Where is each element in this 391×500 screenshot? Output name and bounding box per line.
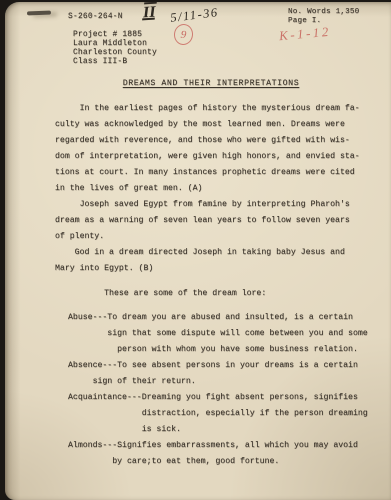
text-line: distraction, especially if the person dr… [68, 406, 367, 422]
text-line: is sick. [68, 422, 367, 438]
project-identification-block: Project # 1885 Laura Middleton Charlesto… [73, 31, 157, 67]
paragraph: In the earliest pages of history the mys… [55, 101, 367, 197]
word-count: No. Words 1,350 [288, 8, 359, 17]
handwritten-date: 5/11-36 [170, 5, 220, 26]
text-line: Abuse---To dream you are abused and insu… [68, 310, 367, 326]
lore-entry-absence: Absence---To see absent persons in your … [68, 358, 367, 390]
lore-container: Abuse---To dream you are abused and insu… [68, 310, 367, 470]
text-line: by care;to eat them, good fortune. [68, 454, 367, 470]
scanned-document-photo: { "page": { "paper_color": "#e3d8c0", "i… [0, 0, 391, 500]
ink-smudge-mark [27, 11, 51, 16]
text-line: sign of their return. [68, 374, 367, 390]
text-line: In the earliest pages of history the mys… [55, 101, 367, 117]
text-line: sign that some dispute will come between… [68, 326, 367, 342]
text-line: Absence---To see absent persons in your … [68, 358, 367, 374]
lore-entry-acquaintance: Acquaintance---Dreaming you fight absent… [68, 390, 367, 438]
red-pencil-code: K-1-12 [278, 24, 331, 44]
paragraph: Joseph saved Egypt from famine by interp… [55, 197, 367, 245]
text-line: of plenty. [55, 229, 367, 245]
red-circled-number: 9 [173, 23, 195, 46]
lore-intro: These are some of the dream lore: [55, 286, 367, 302]
document-title: DREAMS AND THEIR INTERPRETATIONS [55, 76, 367, 92]
text-line: Mary into Egypt. (B) [55, 261, 367, 277]
lore-entry-abuse: Abuse---To dream you are abused and insu… [68, 310, 367, 358]
paper-sheet: S-260-264-N II 5/11-36 No. Words 1,350 P… [5, 2, 391, 500]
paragraphs-container: In the earliest pages of history the mys… [55, 101, 367, 277]
text-line: culty was acknowledged by the most learn… [55, 117, 367, 133]
text-line: in the lives of great men. (A) [55, 181, 367, 197]
text-line: dream as a warning of seven lean years t… [55, 213, 367, 229]
word-count-block: No. Words 1,350 Page I. [288, 8, 359, 25]
text-line: Almonds---Signifies embarrassments, all … [68, 438, 367, 454]
circled-number-value: 9 [180, 28, 187, 41]
handwritten-annotation: II 5/11-36 [143, 4, 219, 22]
text-line: person with whom you have some business … [68, 342, 367, 358]
serial-number: S-260-264-N [68, 13, 123, 21]
text-line: Joseph saved Egypt from famine by interp… [55, 197, 367, 213]
text-line: regarded with reverence, and those who w… [55, 133, 367, 149]
document-body: DREAMS AND THEIR INTERPRETATIONS In the … [55, 76, 367, 470]
text-line: tions at court. In many instances prophe… [55, 165, 367, 181]
paragraph: God in a dream directed Joseph in taking… [55, 245, 367, 277]
class-label: Class III-B [73, 58, 157, 67]
text-line: dom of interpretation, were given high h… [55, 149, 367, 165]
handwritten-numeral: II [142, 4, 157, 23]
text-line: Acquaintance---Dreaming you fight absent… [68, 390, 367, 406]
lore-entry-almonds: Almonds---Signifies embarrassments, all … [68, 438, 367, 470]
text-line: God in a dream directed Joseph in taking… [55, 245, 367, 261]
